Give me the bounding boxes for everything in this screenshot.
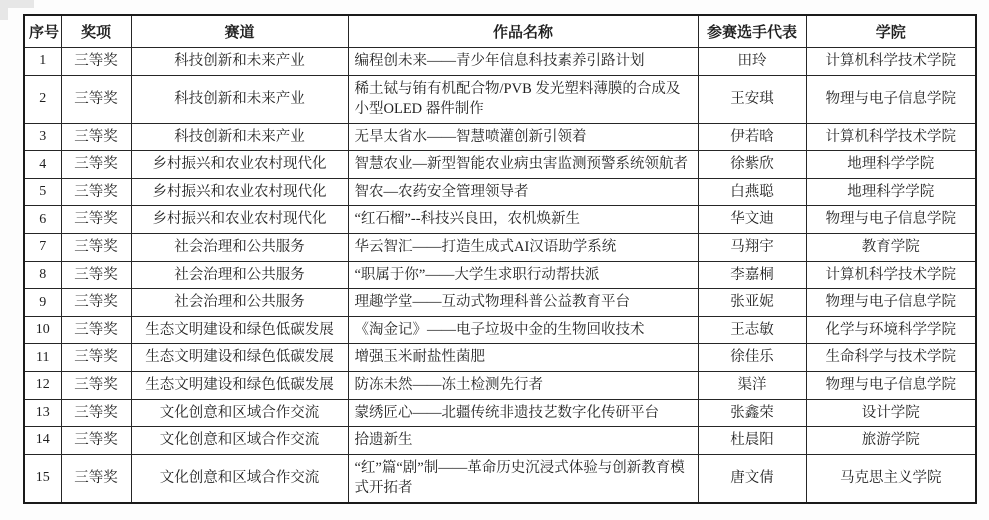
cell-college: 教育学院 bbox=[806, 234, 976, 262]
table-row: 13三等奖文化创意和区域合作交流蒙绣匠心——北疆传统非遗技艺数字化传研平台张鑫荣… bbox=[24, 399, 976, 427]
cell-college: 设计学院 bbox=[806, 399, 976, 427]
cell-no: 13 bbox=[24, 399, 61, 427]
cell-track: 科技创新和未来产业 bbox=[131, 48, 348, 76]
table-row: 11三等奖生态文明建设和绿色低碳发展增强玉米耐盐性菌肥徐佳乐生命科学与技术学院 bbox=[24, 344, 976, 372]
page-corner-shade-vertical bbox=[0, 0, 8, 20]
cell-representative: 王安琪 bbox=[698, 75, 806, 123]
cell-college: 物理与电子信息学院 bbox=[806, 75, 976, 123]
cell-representative: 渠洋 bbox=[698, 371, 806, 399]
cell-work: 编程创未来——青少年信息科技素养引路计划 bbox=[348, 48, 698, 76]
cell-work: 蒙绣匠心——北疆传统非遗技艺数字化传研平台 bbox=[348, 399, 698, 427]
header-award: 奖项 bbox=[61, 15, 131, 48]
cell-award: 三等奖 bbox=[61, 344, 131, 372]
cell-award: 三等奖 bbox=[61, 316, 131, 344]
cell-no: 15 bbox=[24, 454, 61, 503]
cell-no: 2 bbox=[24, 75, 61, 123]
cell-representative: 李嘉桐 bbox=[698, 261, 806, 289]
cell-award: 三等奖 bbox=[61, 289, 131, 317]
cell-track: 文化创意和区域合作交流 bbox=[131, 427, 348, 455]
table-body: 1三等奖科技创新和未来产业编程创未来——青少年信息科技素养引路计划田玲计算机科学… bbox=[24, 48, 976, 503]
cell-representative: 白燕聪 bbox=[698, 178, 806, 206]
cell-award: 三等奖 bbox=[61, 427, 131, 455]
cell-work: 无旱太省水——智慧喷灌创新引领着 bbox=[348, 123, 698, 151]
table-row: 10三等奖生态文明建设和绿色低碳发展《淘金记》——电子垃圾中金的生物回收技术王志… bbox=[24, 316, 976, 344]
cell-work: 华云智汇——打造生成式AI汉语助学系统 bbox=[348, 234, 698, 262]
cell-award: 三等奖 bbox=[61, 48, 131, 76]
table-row: 3三等奖科技创新和未来产业无旱太省水——智慧喷灌创新引领着伊若晗计算机科学技术学… bbox=[24, 123, 976, 151]
header-representative: 参赛选手代表 bbox=[698, 15, 806, 48]
cell-work: 理趣学堂——互动式物理科普公益教育平台 bbox=[348, 289, 698, 317]
cell-work: 智慧农业—新型智能农业病虫害监测预警系统领航者 bbox=[348, 151, 698, 179]
table-row: 2三等奖科技创新和未来产业稀土铽与铕有机配合物/PVB 发光塑料薄膜的合成及小型… bbox=[24, 75, 976, 123]
cell-work: 《淘金记》——电子垃圾中金的生物回收技术 bbox=[348, 316, 698, 344]
cell-no: 4 bbox=[24, 151, 61, 179]
cell-track: 乡村振兴和农业农村现代化 bbox=[131, 151, 348, 179]
cell-track: 生态文明建设和绿色低碳发展 bbox=[131, 316, 348, 344]
cell-work: 稀土铽与铕有机配合物/PVB 发光塑料薄膜的合成及小型OLED 器件制作 bbox=[348, 75, 698, 123]
cell-work: 增强玉米耐盐性菌肥 bbox=[348, 344, 698, 372]
cell-no: 14 bbox=[24, 427, 61, 455]
cell-no: 1 bbox=[24, 48, 61, 76]
cell-work: “职属于你”——大学生求职行动帮扶派 bbox=[348, 261, 698, 289]
cell-no: 7 bbox=[24, 234, 61, 262]
cell-college: 化学与环境科学学院 bbox=[806, 316, 976, 344]
header-no: 序号 bbox=[24, 15, 61, 48]
cell-representative: 田玲 bbox=[698, 48, 806, 76]
cell-college: 生命科学与技术学院 bbox=[806, 344, 976, 372]
award-results-table: 序号 奖项 赛道 作品名称 参赛选手代表 学院 1三等奖科技创新和未来产业编程创… bbox=[23, 14, 977, 504]
cell-award: 三等奖 bbox=[61, 178, 131, 206]
cell-no: 11 bbox=[24, 344, 61, 372]
cell-work: “红石榴”--科技兴良田，农机焕新生 bbox=[348, 206, 698, 234]
cell-representative: 唐文倩 bbox=[698, 454, 806, 503]
cell-award: 三等奖 bbox=[61, 206, 131, 234]
cell-track: 科技创新和未来产业 bbox=[131, 75, 348, 123]
cell-representative: 张亚妮 bbox=[698, 289, 806, 317]
cell-no: 12 bbox=[24, 371, 61, 399]
cell-representative: 杜晨阳 bbox=[698, 427, 806, 455]
table-row: 1三等奖科技创新和未来产业编程创未来——青少年信息科技素养引路计划田玲计算机科学… bbox=[24, 48, 976, 76]
cell-college: 计算机科学技术学院 bbox=[806, 123, 976, 151]
cell-no: 5 bbox=[24, 178, 61, 206]
table-row: 7三等奖社会治理和公共服务华云智汇——打造生成式AI汉语助学系统马翔宇教育学院 bbox=[24, 234, 976, 262]
cell-track: 乡村振兴和农业农村现代化 bbox=[131, 178, 348, 206]
cell-no: 8 bbox=[24, 261, 61, 289]
cell-track: 文化创意和区域合作交流 bbox=[131, 399, 348, 427]
cell-representative: 马翔宇 bbox=[698, 234, 806, 262]
cell-college: 物理与电子信息学院 bbox=[806, 371, 976, 399]
cell-award: 三等奖 bbox=[61, 371, 131, 399]
cell-no: 9 bbox=[24, 289, 61, 317]
cell-representative: 王志敏 bbox=[698, 316, 806, 344]
table-row: 9三等奖社会治理和公共服务理趣学堂——互动式物理科普公益教育平台张亚妮物理与电子… bbox=[24, 289, 976, 317]
cell-award: 三等奖 bbox=[61, 234, 131, 262]
table-row: 15三等奖文化创意和区域合作交流“红”篇“剧”制——革命历史沉浸式体验与创新教育… bbox=[24, 454, 976, 503]
table-row: 5三等奖乡村振兴和农业农村现代化智农—农药安全管理领导者白燕聪地理科学学院 bbox=[24, 178, 976, 206]
header-college: 学院 bbox=[806, 15, 976, 48]
cell-college: 计算机科学技术学院 bbox=[806, 48, 976, 76]
cell-no: 3 bbox=[24, 123, 61, 151]
cell-track: 社会治理和公共服务 bbox=[131, 234, 348, 262]
table-row: 14三等奖文化创意和区域合作交流拾遗新生杜晨阳旅游学院 bbox=[24, 427, 976, 455]
cell-award: 三等奖 bbox=[61, 454, 131, 503]
cell-representative: 张鑫荣 bbox=[698, 399, 806, 427]
cell-college: 地理科学学院 bbox=[806, 151, 976, 179]
table-header-row: 序号 奖项 赛道 作品名称 参赛选手代表 学院 bbox=[24, 15, 976, 48]
cell-representative: 华文迪 bbox=[698, 206, 806, 234]
cell-college: 旅游学院 bbox=[806, 427, 976, 455]
cell-college: 物理与电子信息学院 bbox=[806, 206, 976, 234]
cell-college: 计算机科学技术学院 bbox=[806, 261, 976, 289]
cell-track: 社会治理和公共服务 bbox=[131, 261, 348, 289]
cell-award: 三等奖 bbox=[61, 399, 131, 427]
cell-track: 社会治理和公共服务 bbox=[131, 289, 348, 317]
cell-work: 智农—农药安全管理领导者 bbox=[348, 178, 698, 206]
cell-work: 拾遗新生 bbox=[348, 427, 698, 455]
table-row: 6三等奖乡村振兴和农业农村现代化“红石榴”--科技兴良田，农机焕新生华文迪物理与… bbox=[24, 206, 976, 234]
table-row: 4三等奖乡村振兴和农业农村现代化智慧农业—新型智能农业病虫害监测预警系统领航者徐… bbox=[24, 151, 976, 179]
cell-representative: 徐佳乐 bbox=[698, 344, 806, 372]
cell-college: 马克思主义学院 bbox=[806, 454, 976, 503]
cell-track: 科技创新和未来产业 bbox=[131, 123, 348, 151]
header-track: 赛道 bbox=[131, 15, 348, 48]
cell-track: 生态文明建设和绿色低碳发展 bbox=[131, 371, 348, 399]
cell-track: 乡村振兴和农业农村现代化 bbox=[131, 206, 348, 234]
cell-no: 10 bbox=[24, 316, 61, 344]
cell-representative: 伊若晗 bbox=[698, 123, 806, 151]
cell-award: 三等奖 bbox=[61, 75, 131, 123]
cell-track: 生态文明建设和绿色低碳发展 bbox=[131, 344, 348, 372]
cell-no: 6 bbox=[24, 206, 61, 234]
cell-award: 三等奖 bbox=[61, 261, 131, 289]
cell-college: 地理科学学院 bbox=[806, 178, 976, 206]
cell-award: 三等奖 bbox=[61, 151, 131, 179]
cell-work: 防冻未然——冻土检测先行者 bbox=[348, 371, 698, 399]
header-work-title: 作品名称 bbox=[348, 15, 698, 48]
cell-college: 物理与电子信息学院 bbox=[806, 289, 976, 317]
table-row: 8三等奖社会治理和公共服务“职属于你”——大学生求职行动帮扶派李嘉桐计算机科学技… bbox=[24, 261, 976, 289]
table-row: 12三等奖生态文明建设和绿色低碳发展防冻未然——冻土检测先行者渠洋物理与电子信息… bbox=[24, 371, 976, 399]
cell-track: 文化创意和区域合作交流 bbox=[131, 454, 348, 503]
cell-representative: 徐紫欣 bbox=[698, 151, 806, 179]
cell-work: “红”篇“剧”制——革命历史沉浸式体验与创新教育模式开拓者 bbox=[348, 454, 698, 503]
cell-award: 三等奖 bbox=[61, 123, 131, 151]
